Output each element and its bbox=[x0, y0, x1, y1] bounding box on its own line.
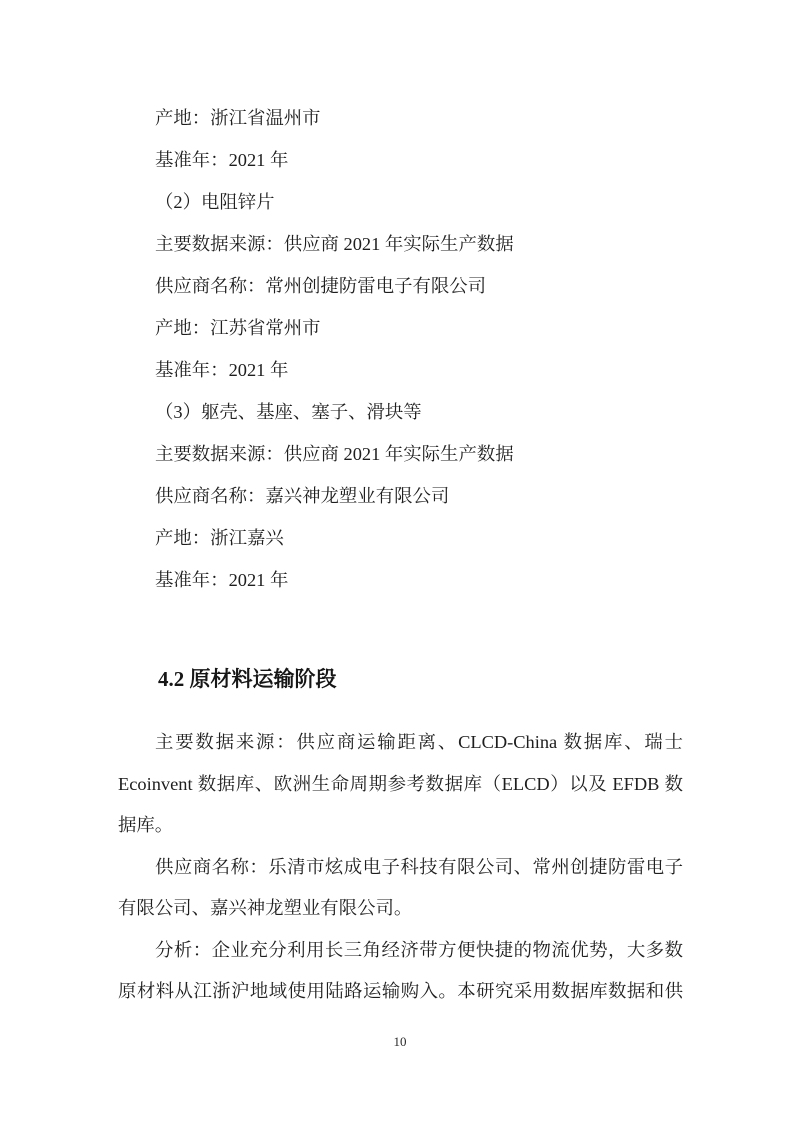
supplier-detail-list: 产地：浙江省温州市 基准年：2021 年 （2）电阻锌片 主要数据来源：供应商 … bbox=[118, 97, 683, 601]
detail-line-base-year: 基准年：2021 年 bbox=[118, 349, 683, 391]
detail-line-supplier-name: 供应商名称：嘉兴神龙塑业有限公司 bbox=[118, 475, 683, 517]
section-body: 主要数据来源：供应商运输距离、CLCD-China 数据库、瑞士 Ecoinve… bbox=[118, 722, 683, 1013]
detail-line-base-year: 基准年：2021 年 bbox=[118, 139, 683, 181]
detail-line-supplier-name: 供应商名称：常州创捷防雷电子有限公司 bbox=[118, 265, 683, 307]
detail-line-origin: 产地：江苏省常州市 bbox=[118, 307, 683, 349]
section-heading: 4.2 原材料运输阶段 bbox=[158, 664, 337, 694]
paragraph-analysis: 分析：企业充分利用长三角经济带方便快捷的物流优势，大多数 原材料从江浙沪地域使用… bbox=[118, 930, 683, 1013]
paragraph-line: 主要数据来源：供应商运输距离、CLCD-China 数据库、瑞士 bbox=[118, 722, 683, 764]
paragraph-line: 有限公司、嘉兴神龙塑业有限公司。 bbox=[118, 888, 683, 930]
page-number: 10 bbox=[0, 1034, 800, 1050]
paragraph-data-sources: 主要数据来源：供应商运输距离、CLCD-China 数据库、瑞士 Ecoinve… bbox=[118, 722, 683, 847]
detail-line-data-source: 主要数据来源：供应商 2021 年实际生产数据 bbox=[118, 223, 683, 265]
detail-line-base-year: 基准年：2021 年 bbox=[118, 559, 683, 601]
paragraph-line: 原材料从江浙沪地域使用陆路运输购入。本研究采用数据库数据和供 bbox=[118, 971, 683, 1013]
detail-line-item-3: （3）躯壳、基座、塞子、滑块等 bbox=[118, 391, 683, 433]
paragraph-line: 分析：企业充分利用长三角经济带方便快捷的物流优势，大多数 bbox=[118, 930, 683, 972]
paragraph-line: 据库。 bbox=[118, 805, 683, 847]
document-page: 产地：浙江省温州市 基准年：2021 年 （2）电阻锌片 主要数据来源：供应商 … bbox=[0, 0, 800, 1132]
detail-line-origin: 产地：浙江省温州市 bbox=[118, 97, 683, 139]
paragraph-supplier-names: 供应商名称：乐清市炫成电子科技有限公司、常州创捷防雷电子 有限公司、嘉兴神龙塑业… bbox=[118, 847, 683, 930]
detail-line-item-2: （2）电阻锌片 bbox=[118, 181, 683, 223]
detail-line-data-source: 主要数据来源：供应商 2021 年实际生产数据 bbox=[118, 433, 683, 475]
paragraph-line: 供应商名称：乐清市炫成电子科技有限公司、常州创捷防雷电子 bbox=[118, 847, 683, 889]
paragraph-line: Ecoinvent 数据库、欧洲生命周期参考数据库（ELCD）以及 EFDB 数 bbox=[118, 764, 683, 806]
detail-line-origin: 产地：浙江嘉兴 bbox=[118, 517, 683, 559]
